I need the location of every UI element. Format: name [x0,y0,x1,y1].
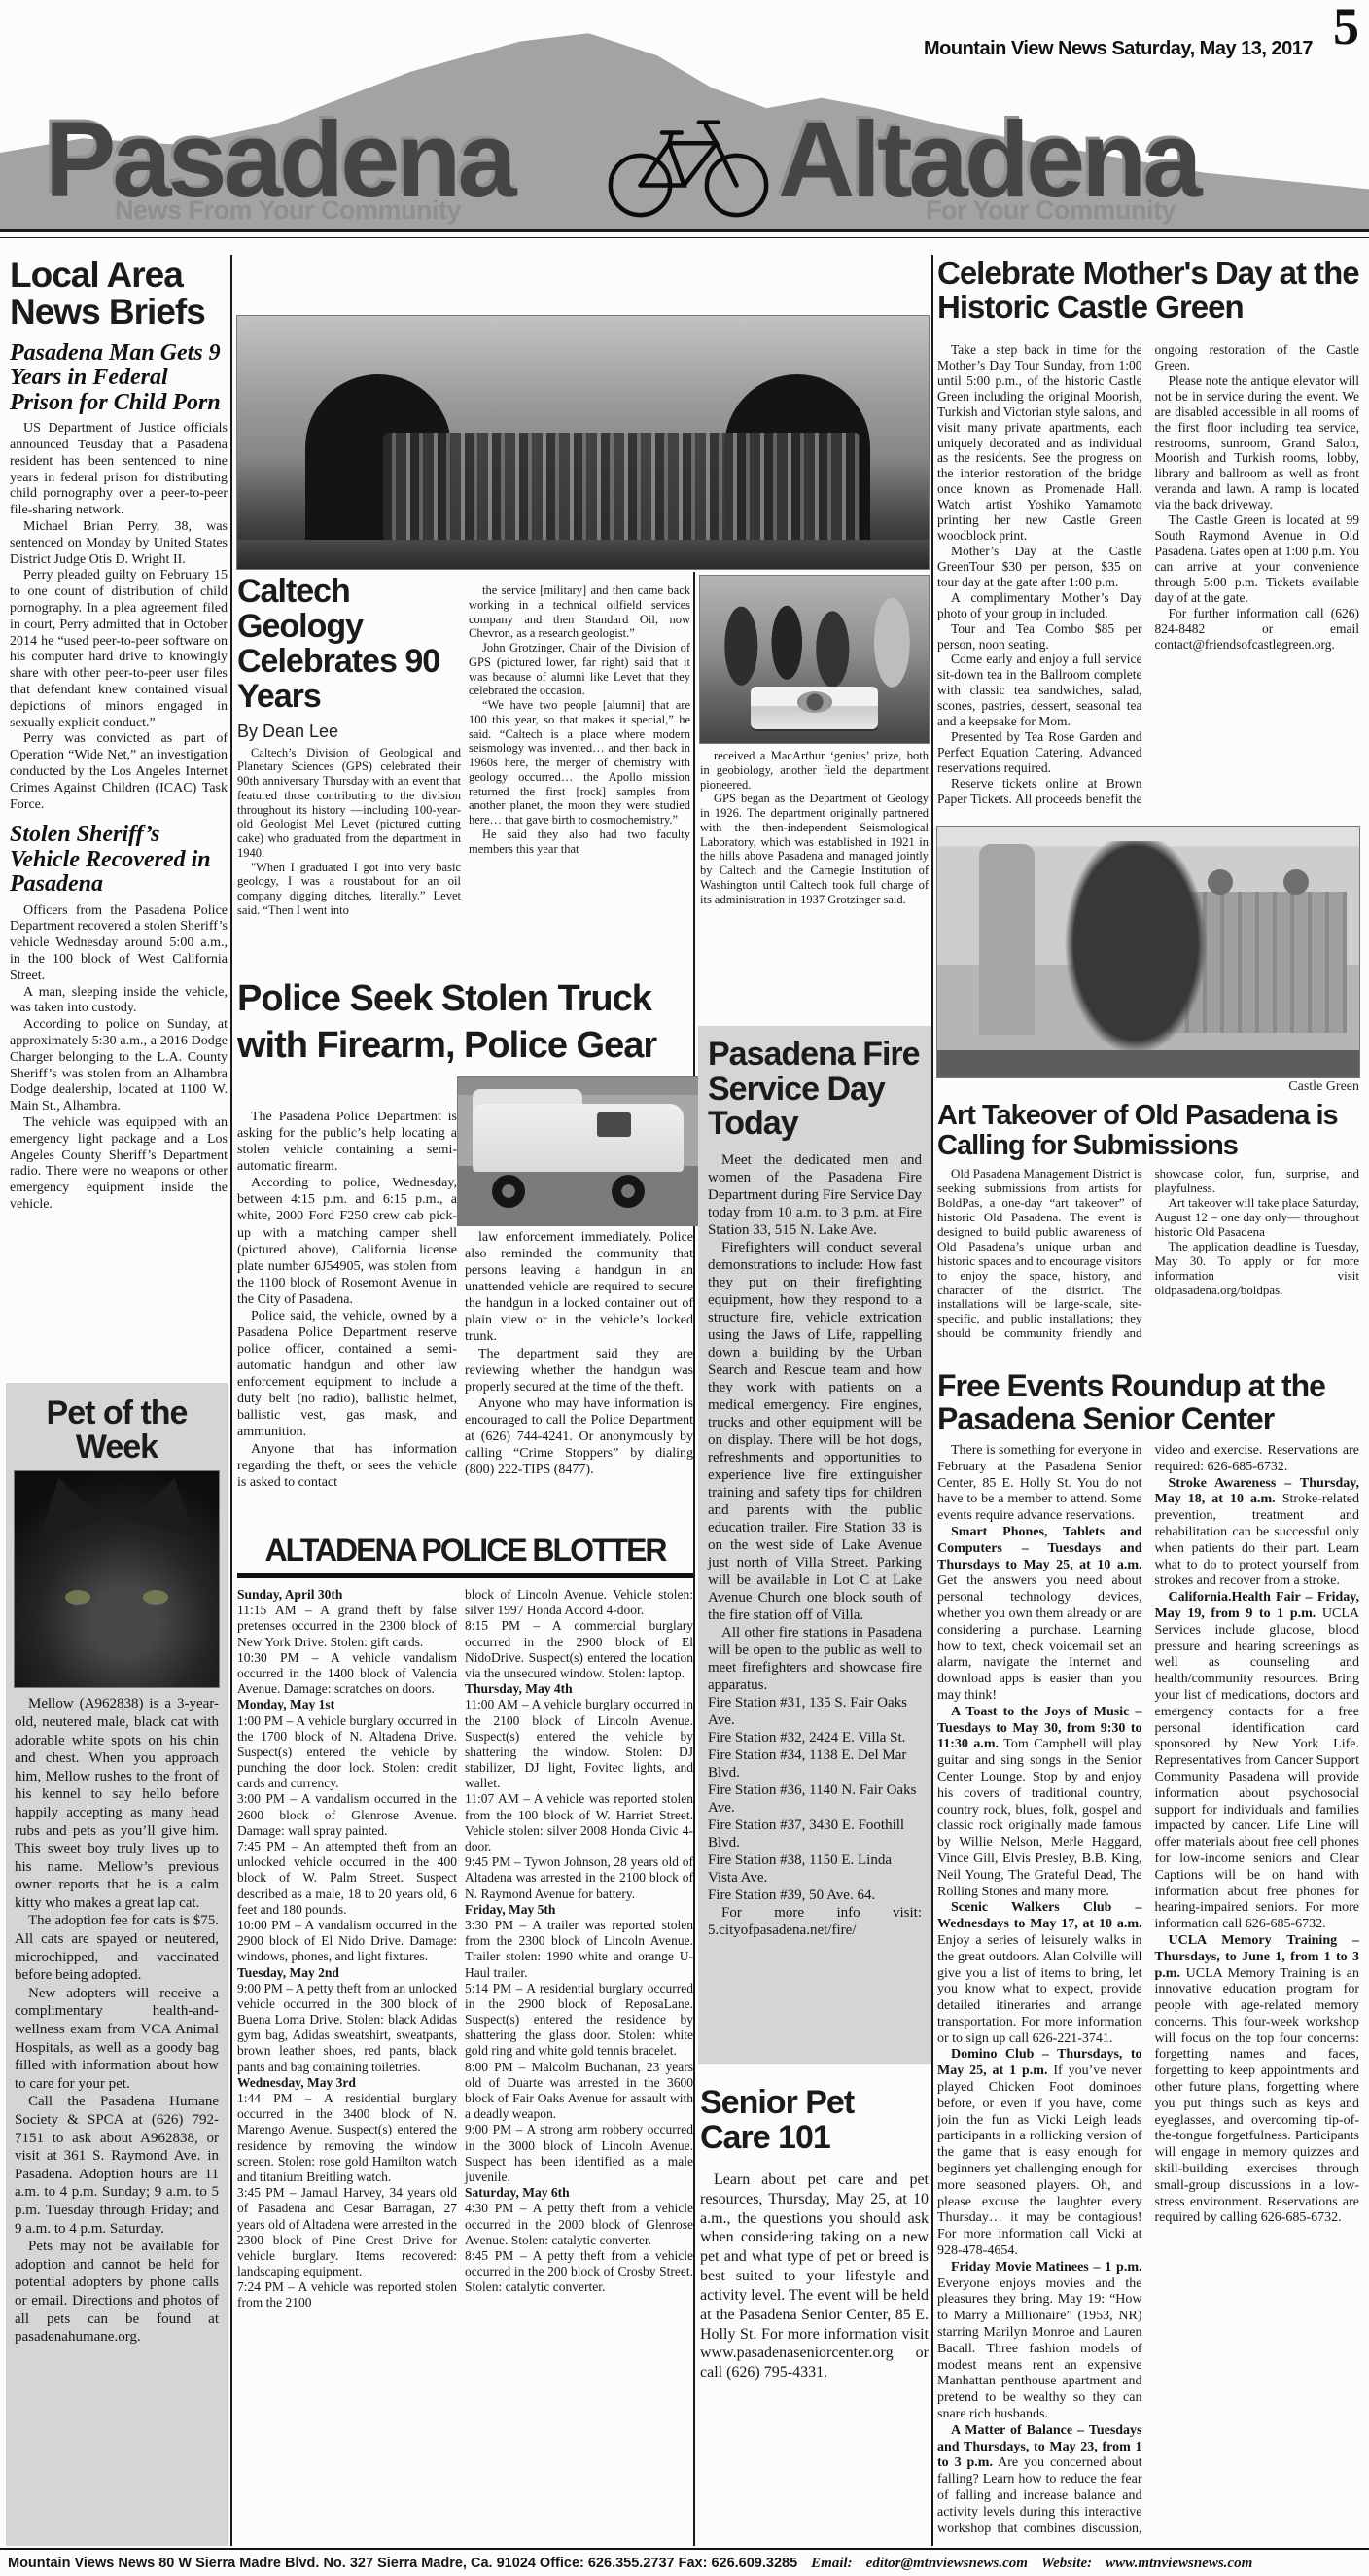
paragraph: Caltech’s Division of Geological and Pla… [237,746,461,861]
paragraph: The Pasadena Police Department is asking… [237,1109,457,1175]
paragraph: UCLA Memory Training – Thursdays, to Jun… [1155,1933,1360,2227]
fire-station-line: Fire Station #31, 135 S. Fair Oaks Ave. [708,1694,922,1729]
senior-pet-body: Learn about pet care and pet resources, … [700,2170,929,2382]
paragraph: 10:00 PM – A vandalism occurred in the 2… [237,1918,457,1965]
paragraph: 9:00 PM – A strong arm robbery occurred … [465,2122,693,2185]
paragraph: Michael Brian Perry, 38, was sentenced o… [10,519,228,568]
caltech-group-photo [237,316,929,569]
paragraph: Anyone who may have information is encou… [465,1395,693,1478]
paragraph: Perry was convicted as part of Operation… [10,731,228,813]
paragraph: 8:00 PM – Malcolm Buchanan, 23 years old… [465,2060,693,2123]
cat-ear [129,1471,206,1536]
paragraph: law enforcement immediately. Police also… [465,1229,693,1346]
paragraph: US Department of Justice officials annou… [10,421,228,519]
stolen-truck-photo [458,1077,698,1225]
fire-service-headline: Pasadena Fire Service Day Today [708,1038,922,1142]
caltech-article-col2: the service [military] and then came bac… [469,583,690,856]
column-divider [693,572,695,2546]
castle-dome [1283,869,1309,895]
paragraph: Come early and enjoy a full service sit-… [937,652,1142,729]
caltech-byline: By Dean Lee [237,722,461,743]
police-article-col1: The Pasadena Police Department is asking… [237,1109,457,1491]
paragraph: Perry pleaded guilty on February 15 to o… [10,568,228,731]
paragraph: Scenic Walkers Club – Wednesdays to May … [937,1900,1142,2047]
paragraph: “We have two people [alumni] that are 10… [469,698,690,828]
page-number: 5 [1333,0,1359,53]
truck-body [473,1104,684,1172]
paragraph: 11:15 AM – A grand theft by false preten… [237,1603,457,1650]
fire-more-info: For more info visit: 5.cityofpasadena.ne… [708,1904,922,1939]
fire-service-box: Pasadena Fire Service Day Today Meet the… [698,1026,931,2064]
brief-body-1: US Department of Justice officials annou… [10,421,228,813]
paragraph: The adoption fee for cats is $75. All ca… [15,1912,219,1984]
paragraph: According to police on Sunday, at approx… [10,1017,228,1115]
paragraph: Sunday, April 30th [237,1587,457,1603]
crowd-shape [383,433,860,542]
caltech-text: Caltech’s Division of Geological and Pla… [237,746,461,918]
fire-station-line: Fire Station #39, 50 Ave. 64. [708,1887,922,1904]
column-divider [931,255,933,2546]
paragraph: Pets may not be available for adoption a… [15,2238,219,2347]
castle-photo-caption: Castle Green [937,1080,1359,1094]
paragraph: Thursday, May 4th [465,1681,693,1697]
paragraph: Officers from the Pasadena Police Depart… [10,903,228,985]
paragraph: California.Health Fair – Friday, May 19,… [1155,1590,1360,1933]
footer-website: www.mtnviewsnews.com [1106,2555,1252,2572]
paragraph: 3:30 PM – A trailer was reported stolen … [465,1918,693,1981]
senior-pet-headline: Senior Pet Care 101 [700,2086,929,2155]
paragraph: Meet the dedicated men and women of the … [708,1151,922,1239]
blotter-entries: block of Lincoln Avenue. Vehicle stolen:… [465,1587,693,2295]
paragraph: 8:15 PM – A commercial burglary occurred… [465,1618,693,1681]
paragraph: "When I graduated I got into very basic … [237,861,461,918]
caltech-text: the service [military] and then came bac… [469,583,690,856]
paragraph: The application deadline is Tuesday, May… [1155,1240,1360,1298]
cat-photo [15,1471,219,1687]
paragraph: Firefighters will conduct several demons… [708,1239,922,1624]
castle-green-photo [937,827,1359,1077]
pet-of-week-headline: Pet of the Week [15,1396,219,1464]
paragraph: A Toast to the Joys of Music – Tuesdays … [937,1705,1142,1901]
free-events-body: There is something for everyone in Febru… [937,1443,1359,2542]
paragraph: Call the Pasadena Humane Society & SPCA … [15,2093,219,2238]
fire-station-line: Fire Station #37, 3430 E. Foothill Blvd. [708,1817,922,1852]
edition-dateline: Mountain View News Saturday, May 13, 201… [924,39,1313,58]
brief-body-2: Officers from the Pasadena Police Depart… [10,903,228,1214]
fire-station-line: Fire Station #32, 2424 E. Villa St. [708,1729,922,1747]
cat-eye [65,1590,90,1605]
police-text: The Pasadena Police Department is asking… [237,1109,457,1491]
caltech-headline: Caltech Geology Celebrates 90 Years [237,574,461,714]
paragraph: 7:45 PM – An attempted theft from an unl… [237,1839,457,1918]
free-events-headline: Free Events Roundup at the Pasadena Seni… [937,1369,1365,1435]
blotter-col2: block of Lincoln Avenue. Vehicle stolen:… [465,1587,693,2295]
footer-website-label: Website: [1041,2555,1092,2572]
caltech-article-col1: Caltech Geology Celebrates 90 Years By D… [237,574,461,918]
paragraph: Smart Phones, Tablets and Computers – Tu… [937,1525,1142,1705]
castle-tower [979,844,1034,1035]
blotter-entries: Sunday, April 30th11:15 AM – A grand the… [237,1587,457,2311]
paragraph: A complimentary Mother’s Day photo of yo… [937,590,1142,621]
paragraph: New adopters will receive a complimentar… [15,1985,219,2094]
paragraph: He said they also had two faculty member… [469,828,690,857]
police-truck-headline: Police Seek Stolen Truck with Firearm, P… [237,976,689,1069]
paragraph: 3:45 PM – Jamaul Harvey, 34 years old of… [237,2185,457,2279]
truck-wheel [492,1175,525,1208]
footer-address: Mountain Views News 80 W Sierra Madre Bl… [8,2556,797,2572]
paragraph: Friday, May 5th [465,1902,693,1918]
paragraph: Anyone that has information regarding th… [237,1441,457,1491]
brief-subhead-stolen-vehicle: Stolen Sheriff’s Vehicle Recovered in Pa… [10,823,228,897]
pet-of-week-box: Pet of the Week Mellow (A962838) is a 3-… [6,1383,228,2546]
paragraph: 3:00 PM – A vandalism occurred in the 26… [237,1791,457,1839]
paragraph: Take a step back in time for the Mother’… [937,342,1142,544]
lawn-shape [237,540,929,569]
cake-seal-shape [797,691,832,713]
mothers-day-headline: Celebrate Mother's Day at the Historic C… [937,257,1365,324]
footer-email-label: Email: [811,2555,853,2572]
paragraph: Presented by Tea Rose Garden and Perfect… [937,729,1142,776]
paragraph: 9:45 PM – Tywon Johnson, 28 years old of… [465,1854,693,1902]
footer-email: editor@mtnviewsnews.com [866,2555,1028,2572]
paragraph: Mellow (A962838) is a 3-year-old, neuter… [15,1695,219,1912]
cat-ear [26,1471,103,1536]
paragraph: the service [military] and then came bac… [469,583,690,641]
paragraph: Tuesday, May 2nd [237,1965,457,1981]
fire-station-line: Fire Station #36, 1140 N. Fair Oaks Ave. [708,1782,922,1817]
paragraph: All other fire stations in Pasadena will… [708,1624,922,1694]
masthead-tagline-right: For Your Community [926,197,1176,224]
paragraph: Stroke Awareness – Thursday, May 18, at … [1155,1476,1360,1591]
local-news-column: Local Area News Briefs Pasadena Man Gets… [10,255,228,1214]
brief-subhead-child-porn: Pasadena Man Gets 9 Years in Federal Pri… [10,341,228,415]
police-article-col2: law enforcement immediately. Police also… [465,1229,693,1478]
fire-station-line: Fire Station #38, 1150 E. Linda Vista Av… [708,1852,922,1887]
paragraph: 8:45 PM – A petty theft from a vehicle o… [465,2248,693,2296]
mothers-day-body: Take a step back in time for the Mother’… [937,342,1359,825]
paragraph: The Castle Green is located at 99 South … [1155,512,1360,606]
paragraph: Mother’s Day at the Castle GreenTour $30… [937,544,1142,590]
paragraph: Domino Club – Thursdays, to May 25, at 1… [937,2047,1142,2259]
truck-window [597,1112,631,1136]
paragraph: GPS began as the Department of Geology i… [700,792,929,906]
paragraph: received a MacArthur ‘genius’ prize, bot… [700,749,929,792]
blotter-col1: Sunday, April 30th11:15 AM – A grand the… [237,1587,457,2311]
truck-wheel [612,1175,645,1208]
footer: Mountain Views News 80 W Sierra Madre Bl… [0,2548,1369,2572]
paragraph: According to police, Wednesday, between … [237,1175,457,1308]
police-text: law enforcement immediately. Police also… [465,1229,693,1478]
fire-station-line: Fire Station #34, 1138 E. Del Mar Blvd. [708,1747,922,1782]
paragraph: 10:30 PM – A vehicle vandalism occurred … [237,1650,457,1698]
paragraph: 1:44 PM – A residential burglary occurre… [237,2091,457,2185]
paragraph: The vehicle was equipped with an emergen… [10,1115,228,1214]
cake-cutting-photo [700,576,929,743]
paragraph: Monday, May 1st [237,1697,457,1712]
newspaper-page: { "page": {"number": "5", "edition": "Mo… [0,0,1369,2576]
paragraph: block of Lincoln Avenue. Vehicle stolen:… [465,1587,693,1618]
paragraph: 11:00 AM – A vehicle burglary occurred i… [465,1697,693,1791]
bicycle-icon [601,93,776,225]
caltech-text: received a MacArthur ‘genius’ prize, bot… [700,749,929,906]
paragraph: For further information call (626) 824-8… [1155,606,1360,653]
paragraph: Art takeover will take place Saturday, A… [1155,1196,1360,1240]
paragraph: Learn about pet care and pet resources, … [700,2170,929,2382]
paragraph: The department said they are reviewing w… [465,1346,693,1395]
art-takeover-headline: Art Takeover of Old Pasadena is Calling … [937,1101,1365,1161]
paragraph: Police said, the vehicle, owned by a Pas… [237,1308,457,1441]
masthead-tagline-left: News From Your Community [115,197,461,224]
paragraph: 7:24 PM – A vehicle was reported stolen … [237,2279,457,2311]
cat-eye [143,1590,168,1605]
caltech-article-col3: received a MacArthur ‘genius’ prize, bot… [700,749,929,906]
local-briefs-headline: Local Area News Briefs [10,257,228,332]
paragraph: There is something for everyone in Febru… [937,1443,1142,1525]
paragraph: Saturday, May 6th [465,2185,693,2201]
paragraph: Friday Movie Matinees – 1 p.m. Everyone … [937,2260,1142,2423]
paragraph: John Grotzinger, Chair of the Division o… [469,641,690,698]
paragraph: Please note the antique elevator will no… [1155,373,1360,512]
paragraph: A man, sleeping inside the vehicle, was … [10,985,228,1018]
paragraph: Wednesday, May 3rd [237,2075,457,2091]
paragraph: 9:00 PM – A petty theft from an unlocked… [237,1981,457,2075]
police-blotter-headline: ALTADENA POLICE BLOTTER [237,1535,693,1578]
tree-shape [1056,841,1216,1067]
masthead-rule [0,229,1369,238]
paragraph: 11:07 AM – A vehicle was reported stolen… [465,1791,693,1854]
lawn-shape [937,1050,1359,1077]
paragraph: 5:14 PM – A residential burglary occurre… [465,1981,693,2060]
paragraph: Tour and Tea Combo $85 per person, noon … [937,621,1142,653]
paragraph: 1:00 PM – A vehicle burglary occurred in… [237,1713,457,1792]
pet-of-week-body: Mellow (A962838) is a 3-year-old, neuter… [15,1695,219,2346]
art-takeover-body: Old Pasadena Management District is seek… [937,1167,1359,1366]
column-divider [230,255,232,2546]
fire-service-body: Meet the dedicated men and women of the … [708,1151,922,1694]
fire-station-list: Fire Station #31, 135 S. Fair Oaks Ave.F… [708,1694,922,1904]
paragraph: 4:30 PM – A petty theft from a vehicle o… [465,2201,693,2248]
